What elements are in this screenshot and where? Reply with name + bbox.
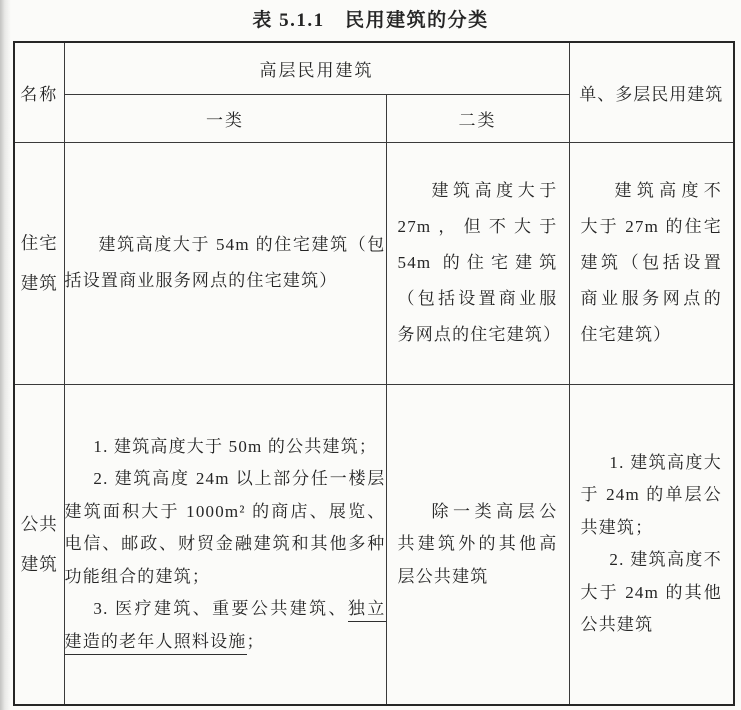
header-row-group: 名称 高层民用建筑 单、多层民用建筑 [14,42,734,94]
public-class-one-cell: 1. 建筑高度大于 50m 的公共建筑； 2. 建筑高度 24m 以上部分任一楼… [64,384,386,705]
residential-class-one-cell: 建筑高度大于 54m 的住宅建筑（包括设置商业服务网点的住宅建筑） [64,142,386,384]
public-class-one-item-3-post: ； [247,632,265,651]
public-class-two-cell: 除一类高层公共建筑外的其他高层公共建筑 [386,384,569,705]
header-class-two-cell: 二类 [386,94,569,142]
residential-class-two-text: 建筑高度大于 27m，但不大于 54m 的住宅建筑（包括设置商业服务网点的住宅建… [398,173,558,353]
residential-class-two-cell: 建筑高度大于 27m，但不大于 54m 的住宅建筑（包括设置商业服务网点的住宅建… [386,142,569,384]
table-caption: 表 5.1.1 民用建筑的分类 [0,5,741,32]
page-root: 表 5.1.1 民用建筑的分类 名称 高层民用建筑 单、多层民用建筑 [0,0,741,710]
residential-category-cell: 住宅建筑 [14,142,64,384]
residential-row: 住宅建筑 建筑高度大于 54m 的住宅建筑（包括设置商业服务网点的住宅建筑） 建… [14,142,734,384]
header-single-multi-cell: 单、多层民用建筑 [569,42,734,142]
header-highrise-cell: 高层民用建筑 [64,42,569,94]
header-name-cell: 名称 [14,42,64,142]
residential-category-label: 住宅建筑 [21,223,58,303]
header-class-one-cell: 一类 [64,94,386,142]
header-class-one-label: 一类 [206,111,244,130]
scan-edge-shadow [0,0,11,710]
public-class-one-item-1: 1. 建筑高度大于 50m 的公共建筑； [65,431,386,464]
header-name-label: 名称 [20,85,58,104]
header-single-multi-label: 单、多层民用建筑 [579,85,723,104]
header-class-two-label: 二类 [459,111,497,130]
public-class-one-item-2: 2. 建筑高度 24m 以上部分任一楼层建筑面积大于 1000m² 的商店、展览… [65,463,386,593]
residential-single-multi-cell: 建筑高度不大于 27m 的住宅建筑（包括设置商业服务网点的住宅建筑） [569,142,734,384]
public-single-multi-item-1: 1. 建筑高度大于 24m 的单层公共建筑； [581,447,723,545]
residential-class-one-text: 建筑高度大于 54m 的住宅建筑（包括设置商业服务网点的住宅建筑） [65,227,386,299]
public-row: 公共建筑 1. 建筑高度大于 50m 的公共建筑； 2. 建筑高度 24m 以上… [14,384,734,705]
public-single-multi-cell: 1. 建筑高度大于 24m 的单层公共建筑； 2. 建筑高度不大于 24m 的其… [569,384,734,705]
header-highrise-label: 高层民用建筑 [260,61,374,80]
classification-table: 名称 高层民用建筑 单、多层民用建筑 一类 二类 住宅建筑 [13,41,735,706]
public-class-one-item-3: 3. 医疗建筑、重要公共建筑、独立建造的老年人照料设施； [65,593,386,658]
public-single-multi-item-2: 2. 建筑高度不大于 24m 的其他公共建筑 [581,544,723,642]
public-category-cell: 公共建筑 [14,384,64,705]
public-category-label: 公共建筑 [21,504,58,584]
residential-single-multi-text: 建筑高度不大于 27m 的住宅建筑（包括设置商业服务网点的住宅建筑） [581,173,723,353]
public-class-two-text: 除一类高层公共建筑外的其他高层公共建筑 [398,496,558,594]
public-class-one-item-3-pre: 3. 医疗建筑、重要公共建筑、 [93,599,348,618]
